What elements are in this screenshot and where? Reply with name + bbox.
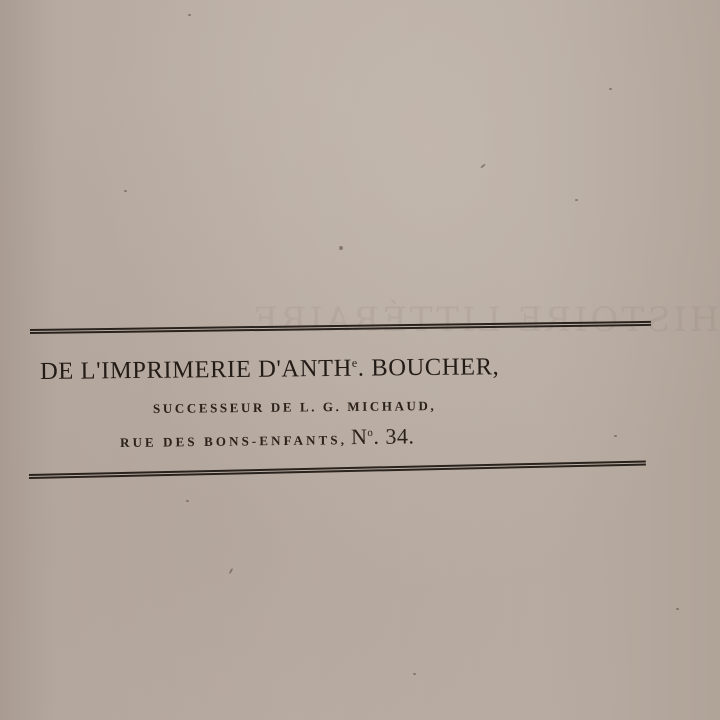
imprint-successor: SUCCESSEUR DE L. G. MICHAUD, — [153, 398, 437, 417]
imprint-street: RUE DES BONS-ENFANTS, — [120, 432, 347, 450]
imprint-address: RUE DES BONS-ENFANTS, No. 34. — [120, 423, 415, 453]
paper-speck — [609, 88, 612, 90]
paper-speck — [480, 163, 486, 168]
book-page: HISTOIRE LITTÉRAIRE DE L'IMPRIMERIE D'AN… — [0, 0, 720, 720]
imprint-printer-name: DE L'IMPRIMERIE D'ANTHe. BOUCHER, — [40, 353, 500, 386]
paper-speck — [575, 199, 578, 201]
paper-speck — [676, 608, 679, 610]
paper-speck — [614, 435, 617, 437]
paper-speck — [188, 14, 191, 16]
paper-speck — [186, 500, 189, 502]
imprint-street-number: No. 34. — [351, 423, 415, 449]
paper-speck — [413, 673, 416, 675]
paper-speck — [124, 190, 127, 192]
paper-speck — [339, 246, 343, 250]
paper-speck — [229, 568, 234, 574]
bottom-double-rule — [29, 461, 646, 479]
